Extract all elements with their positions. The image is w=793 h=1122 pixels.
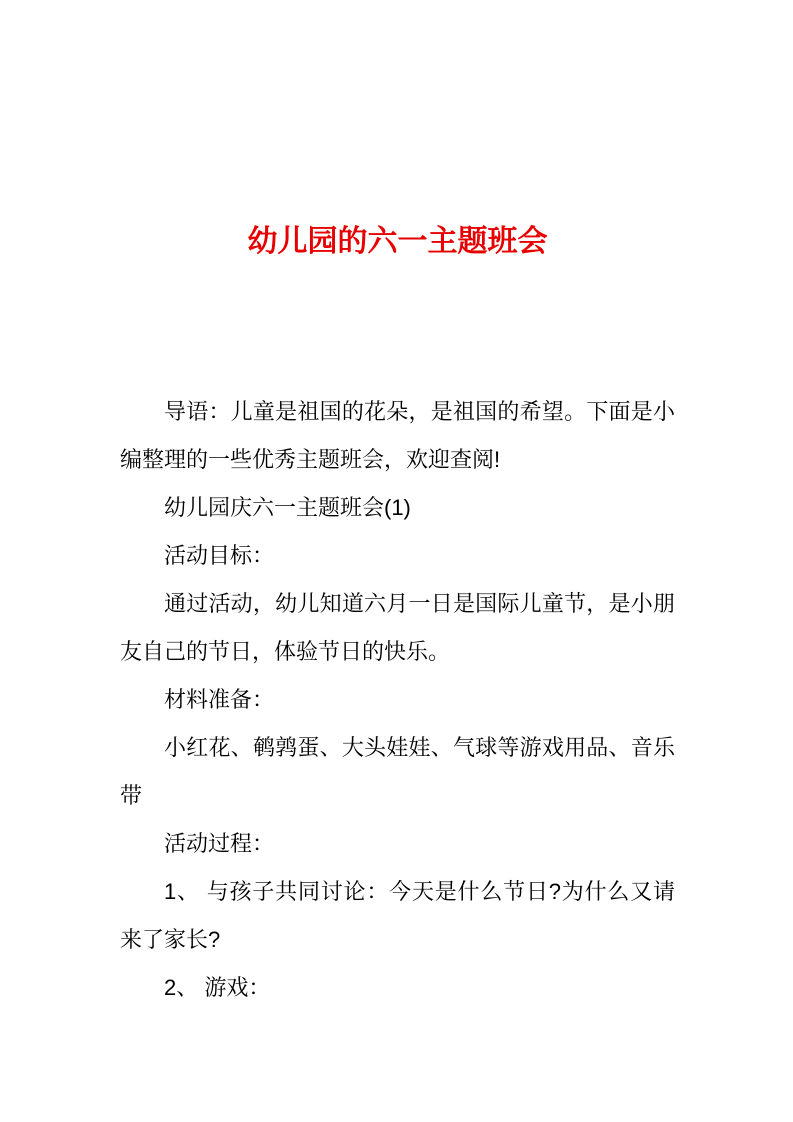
paragraph-goal-heading: 活动目标： — [120, 532, 675, 580]
document-page: 幼儿园的六一主题班会 导语：儿童是祖国的花朵，是祖国的希望。下面是小编整理的一些… — [0, 0, 793, 1122]
paragraph-step-1: 1、 与孩子共同讨论：今天是什么节日?为什么又请来了家长? — [120, 868, 675, 964]
paragraph-intro: 导语：儿童是祖国的花朵，是祖国的希望。下面是小编整理的一些优秀主题班会，欢迎查阅… — [120, 388, 675, 484]
paragraph-subtitle: 幼儿园庆六一主题班会(1) — [120, 484, 675, 532]
document-body: 导语：儿童是祖国的花朵，是祖国的希望。下面是小编整理的一些优秀主题班会，欢迎查阅… — [120, 388, 675, 1012]
paragraph-step-2: 2、 游戏： — [120, 964, 675, 1012]
paragraph-materials-body: 小红花、鹌鹑蛋、大头娃娃、气球等游戏用品、音乐带 — [120, 724, 675, 820]
paragraph-goal-body: 通过活动，幼儿知道六月一日是国际儿童节，是小朋友自己的节日，体验节日的快乐。 — [120, 580, 675, 676]
paragraph-process-heading: 活动过程： — [120, 820, 675, 868]
document-title: 幼儿园的六一主题班会 — [120, 222, 675, 262]
paragraph-materials-heading: 材料准备： — [120, 676, 675, 724]
